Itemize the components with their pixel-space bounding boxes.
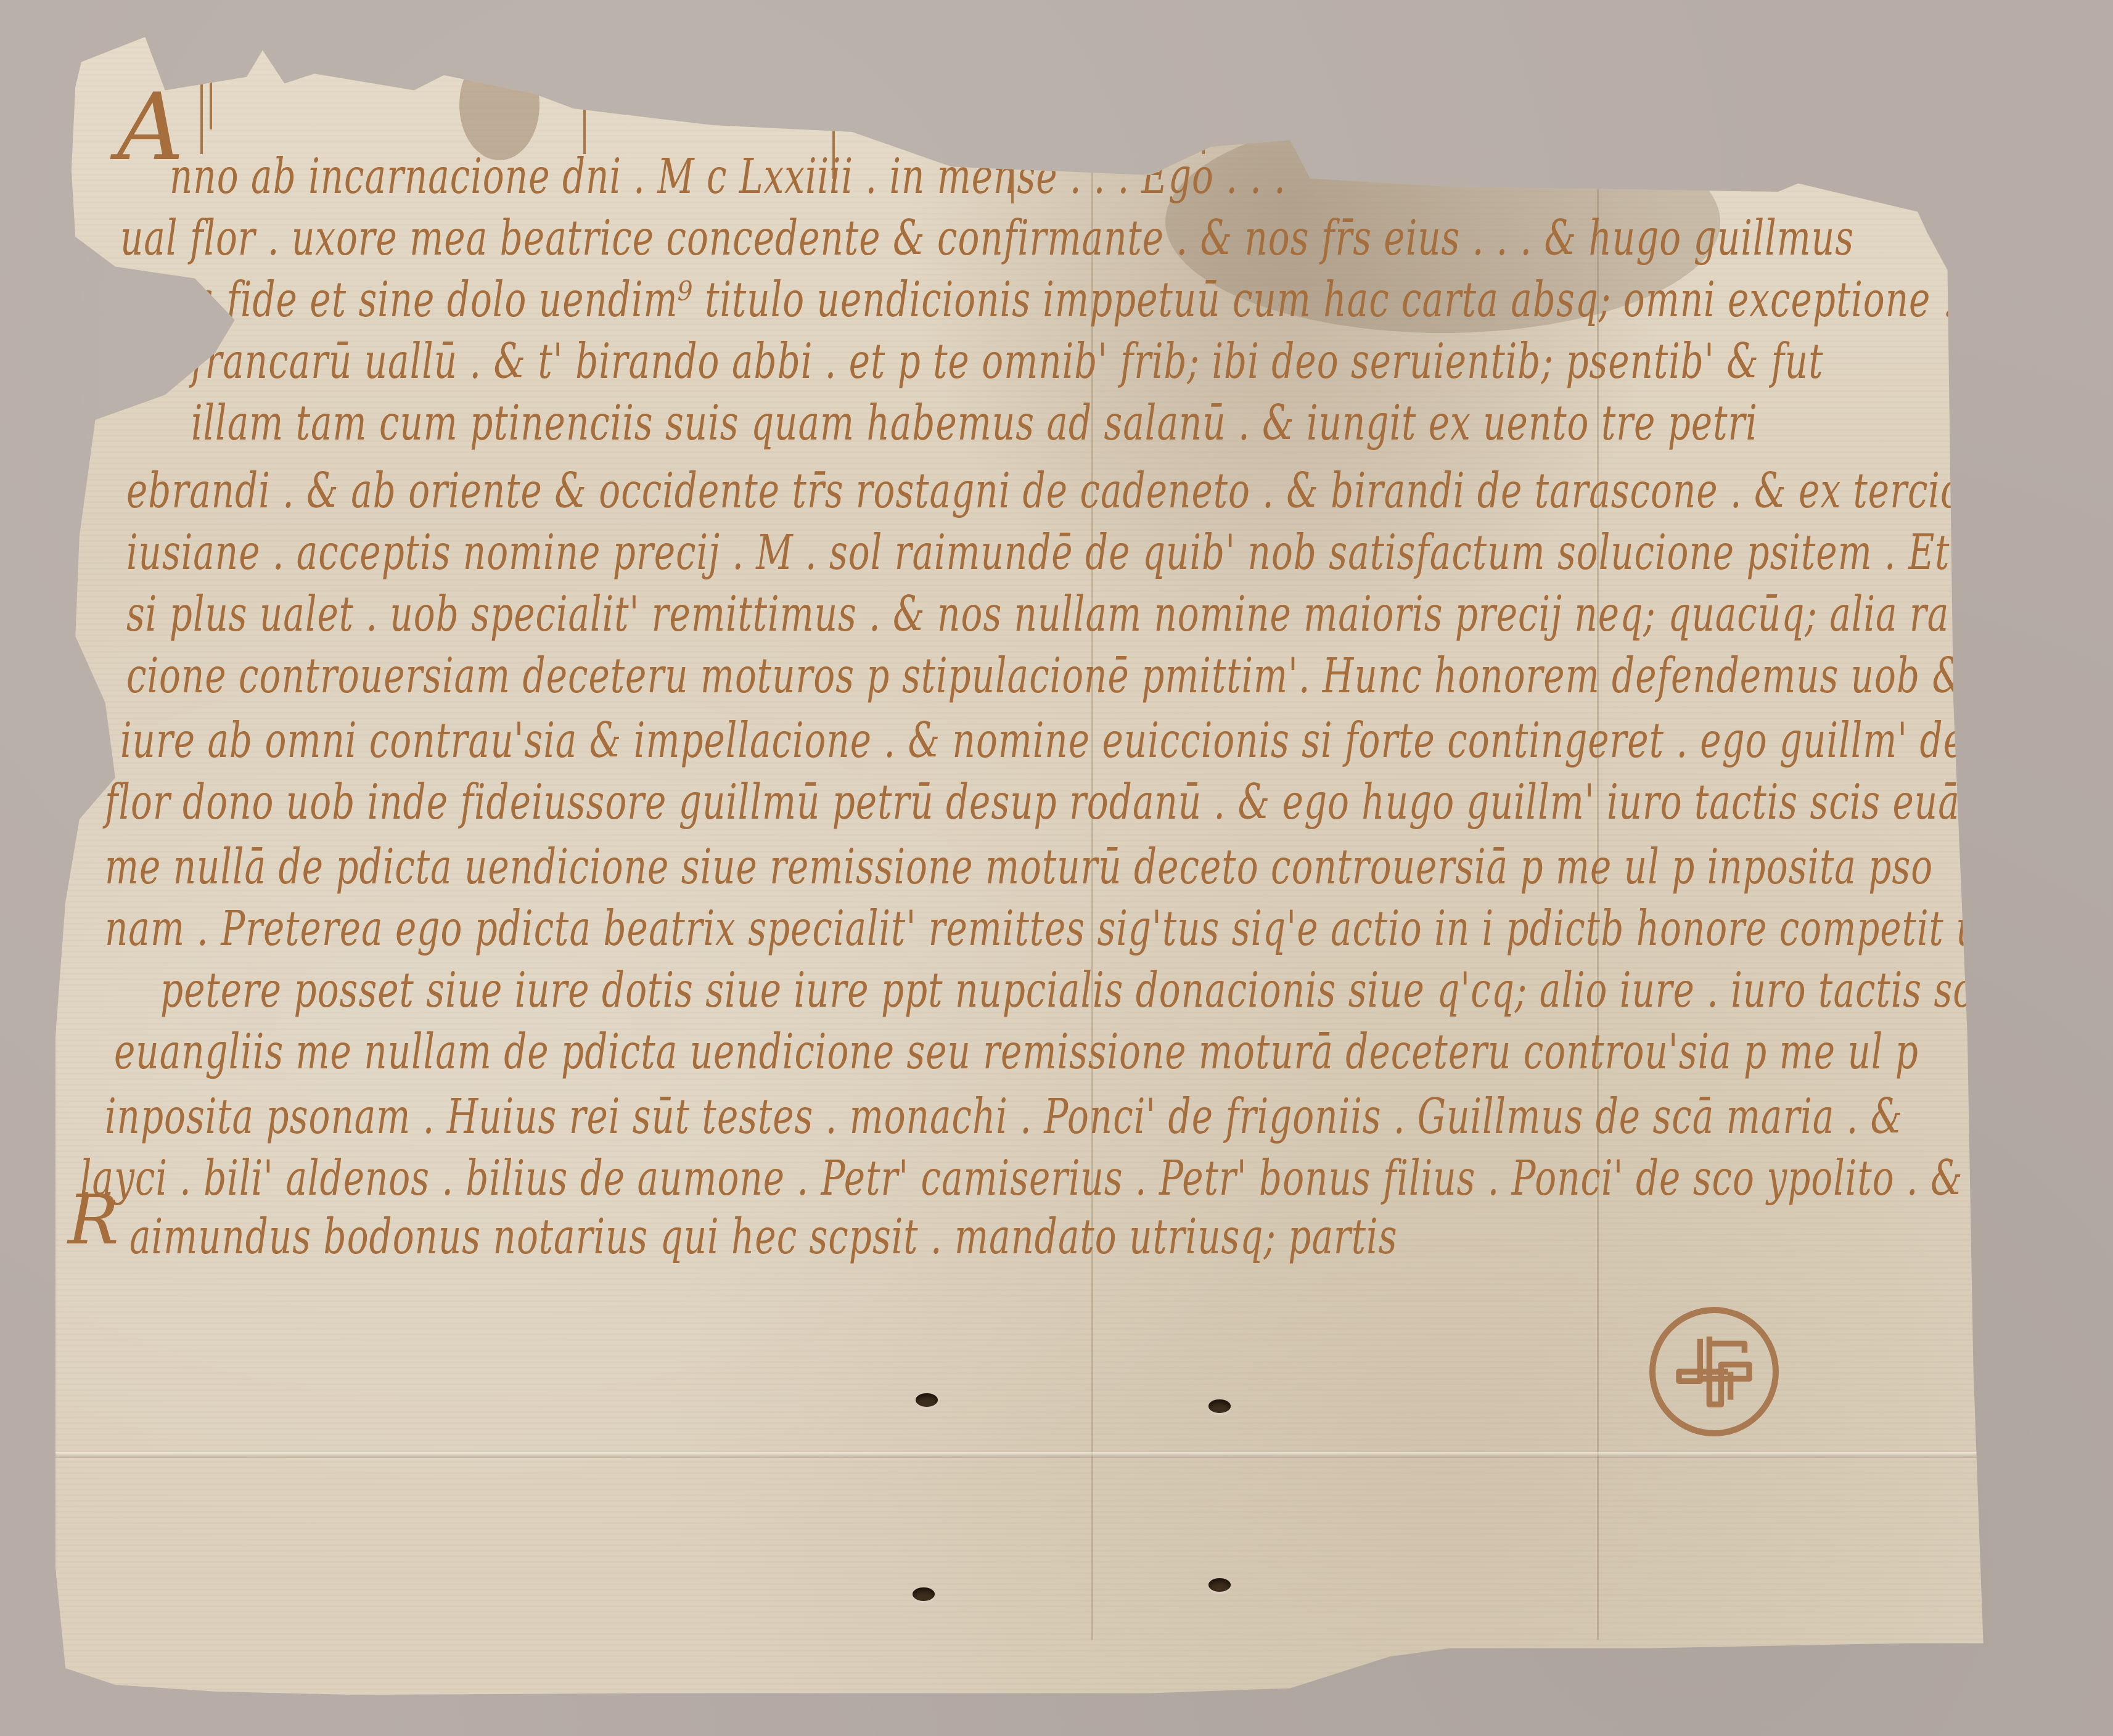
interlaced-cross-icon: [1656, 1313, 1773, 1430]
notarial-signum-icon: [1649, 1307, 1779, 1436]
text-line: illam tam cum ptinenciis suis quam habem…: [191, 395, 1758, 451]
text-line: inposita psonam . Huius rei sūt testes .…: [105, 1088, 1903, 1145]
text-line: me nullā de pdicta uendicione siue remis…: [105, 838, 1933, 895]
seal-cord-hole: [1208, 1399, 1231, 1413]
text-line: aimundus bodonus notarius qui hec scpsit…: [129, 1208, 1397, 1265]
decorative-ascenders: [55, 37, 2047, 160]
parchment-charter: A nno ab incarnacione dni . M c Lxxiiii …: [55, 37, 2047, 1701]
closing-initial: R: [68, 1181, 119, 1259]
text-line: euangliis me nullam de pdicta uendicione…: [114, 1023, 1919, 1080]
text-line: iure ab omni contrau'sia & impellacione …: [120, 712, 2035, 769]
seal-cord-hole: [916, 1393, 938, 1407]
text-line: bona fide et sine dolo uendim⁹ titulo ue…: [123, 271, 2003, 328]
text-line: francarū uallū . & t' birando abbi . et …: [191, 333, 1824, 390]
text-line: petere posset siue iure dotis siue iure …: [160, 962, 2004, 1018]
text-line: nno ab incarnacione dni . M c Lxxiiii . …: [170, 148, 1286, 205]
text-line: layci . bili' aldenos . bilius de aumone…: [80, 1150, 1963, 1206]
seal-cord-hole: [913, 1587, 935, 1601]
seal-cord-hole: [1208, 1578, 1231, 1592]
text-line: nam . Preterea ego pdicta beatrix specia…: [105, 900, 1992, 957]
text-line: ebrandi . & ab oriente & occidente tr̄s …: [126, 462, 2035, 519]
fold-line-horizontal: [55, 1452, 2047, 1458]
text-line: ual flor . uxore mea beatrice concedente…: [120, 210, 1854, 266]
text-line: cione controuersiam deceteru moturos p s…: [126, 647, 2061, 704]
text-line: flor dono uob inde fideiussore guillmū p…: [105, 774, 2027, 830]
text-line: si plus ualet . uob specialit' remittimu…: [126, 586, 1949, 642]
text-line: iusiane . acceptis nomine precij . M . s…: [126, 524, 1950, 581]
